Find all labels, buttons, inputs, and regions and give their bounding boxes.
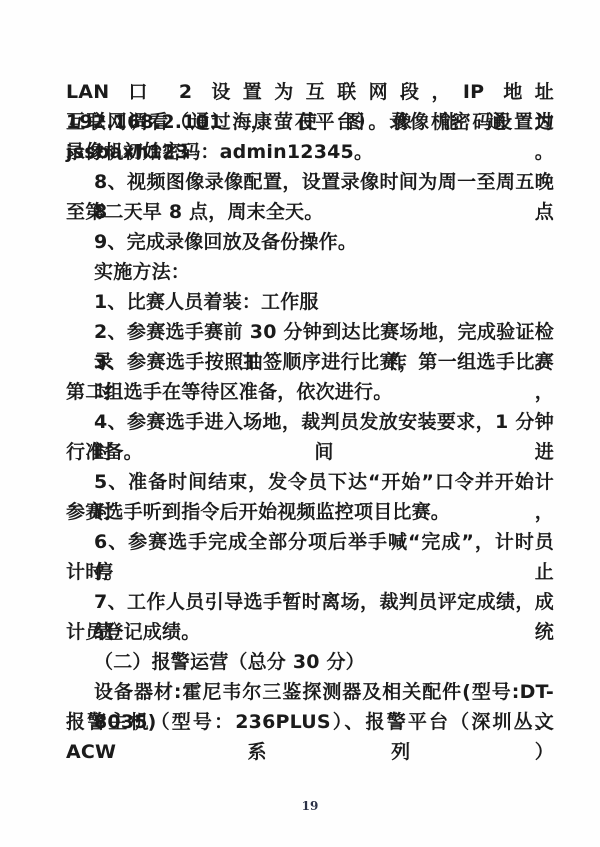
text-line: 报警主机（型号：236PLUS）、报警平台（深圳丛文 ACW 系列） [66, 707, 554, 737]
text-line: LAN 口 2 设置为互联网段，IP 地址 192.168.2.101，使图像能… [66, 77, 554, 107]
text-line: 6、参赛选手完成全部分项后举手喊“完成”，计时员停止 [66, 527, 554, 557]
text-block: LAN 口 2 设置为互联网段，IP 地址 192.168.2.101，使图像能… [66, 77, 554, 737]
text-line: 互联网调看（通过海康萤石平台）。录像机密码设置为 jssbaxh123。 [66, 107, 554, 137]
page-number: 19 [302, 798, 319, 814]
text-line: （二）报警运营（总分 30 分） [66, 647, 554, 677]
text-line: 8、视频图像录像配置，设置录像时间为周一至周五晚 8 点 [66, 167, 554, 197]
text-line: 2、参赛选手赛前 30 分钟到达比赛场地，完成验证检录工作。 [66, 317, 554, 347]
text-line: 设备器材:霍尼韦尔三鉴探测器及相关配件(型号:DT-8035)、 [66, 677, 554, 707]
text-line: 5、准备时间结束，发令员下达“开始”口令并开始计时， [66, 467, 554, 497]
text-line: 3、参赛选手按照抽签顺序进行比赛，第一组选手比赛时， [66, 347, 554, 377]
document-page: LAN 口 2 设置为互联网段，IP 地址 192.168.2.101，使图像能… [0, 0, 600, 847]
text-line: 4、参赛选手进入场地，裁判员发放安装要求，1 分钟时间进 [66, 407, 554, 437]
text-line: 7、工作人员引导选手暂时离场，裁判员评定成绩，成绩统 [66, 587, 554, 617]
text-line: 1、比赛人员着装：工作服 [66, 287, 554, 317]
text-line: 实施方法： [66, 257, 554, 287]
text-line: 9、完成录像回放及备份操作。 [66, 227, 554, 257]
